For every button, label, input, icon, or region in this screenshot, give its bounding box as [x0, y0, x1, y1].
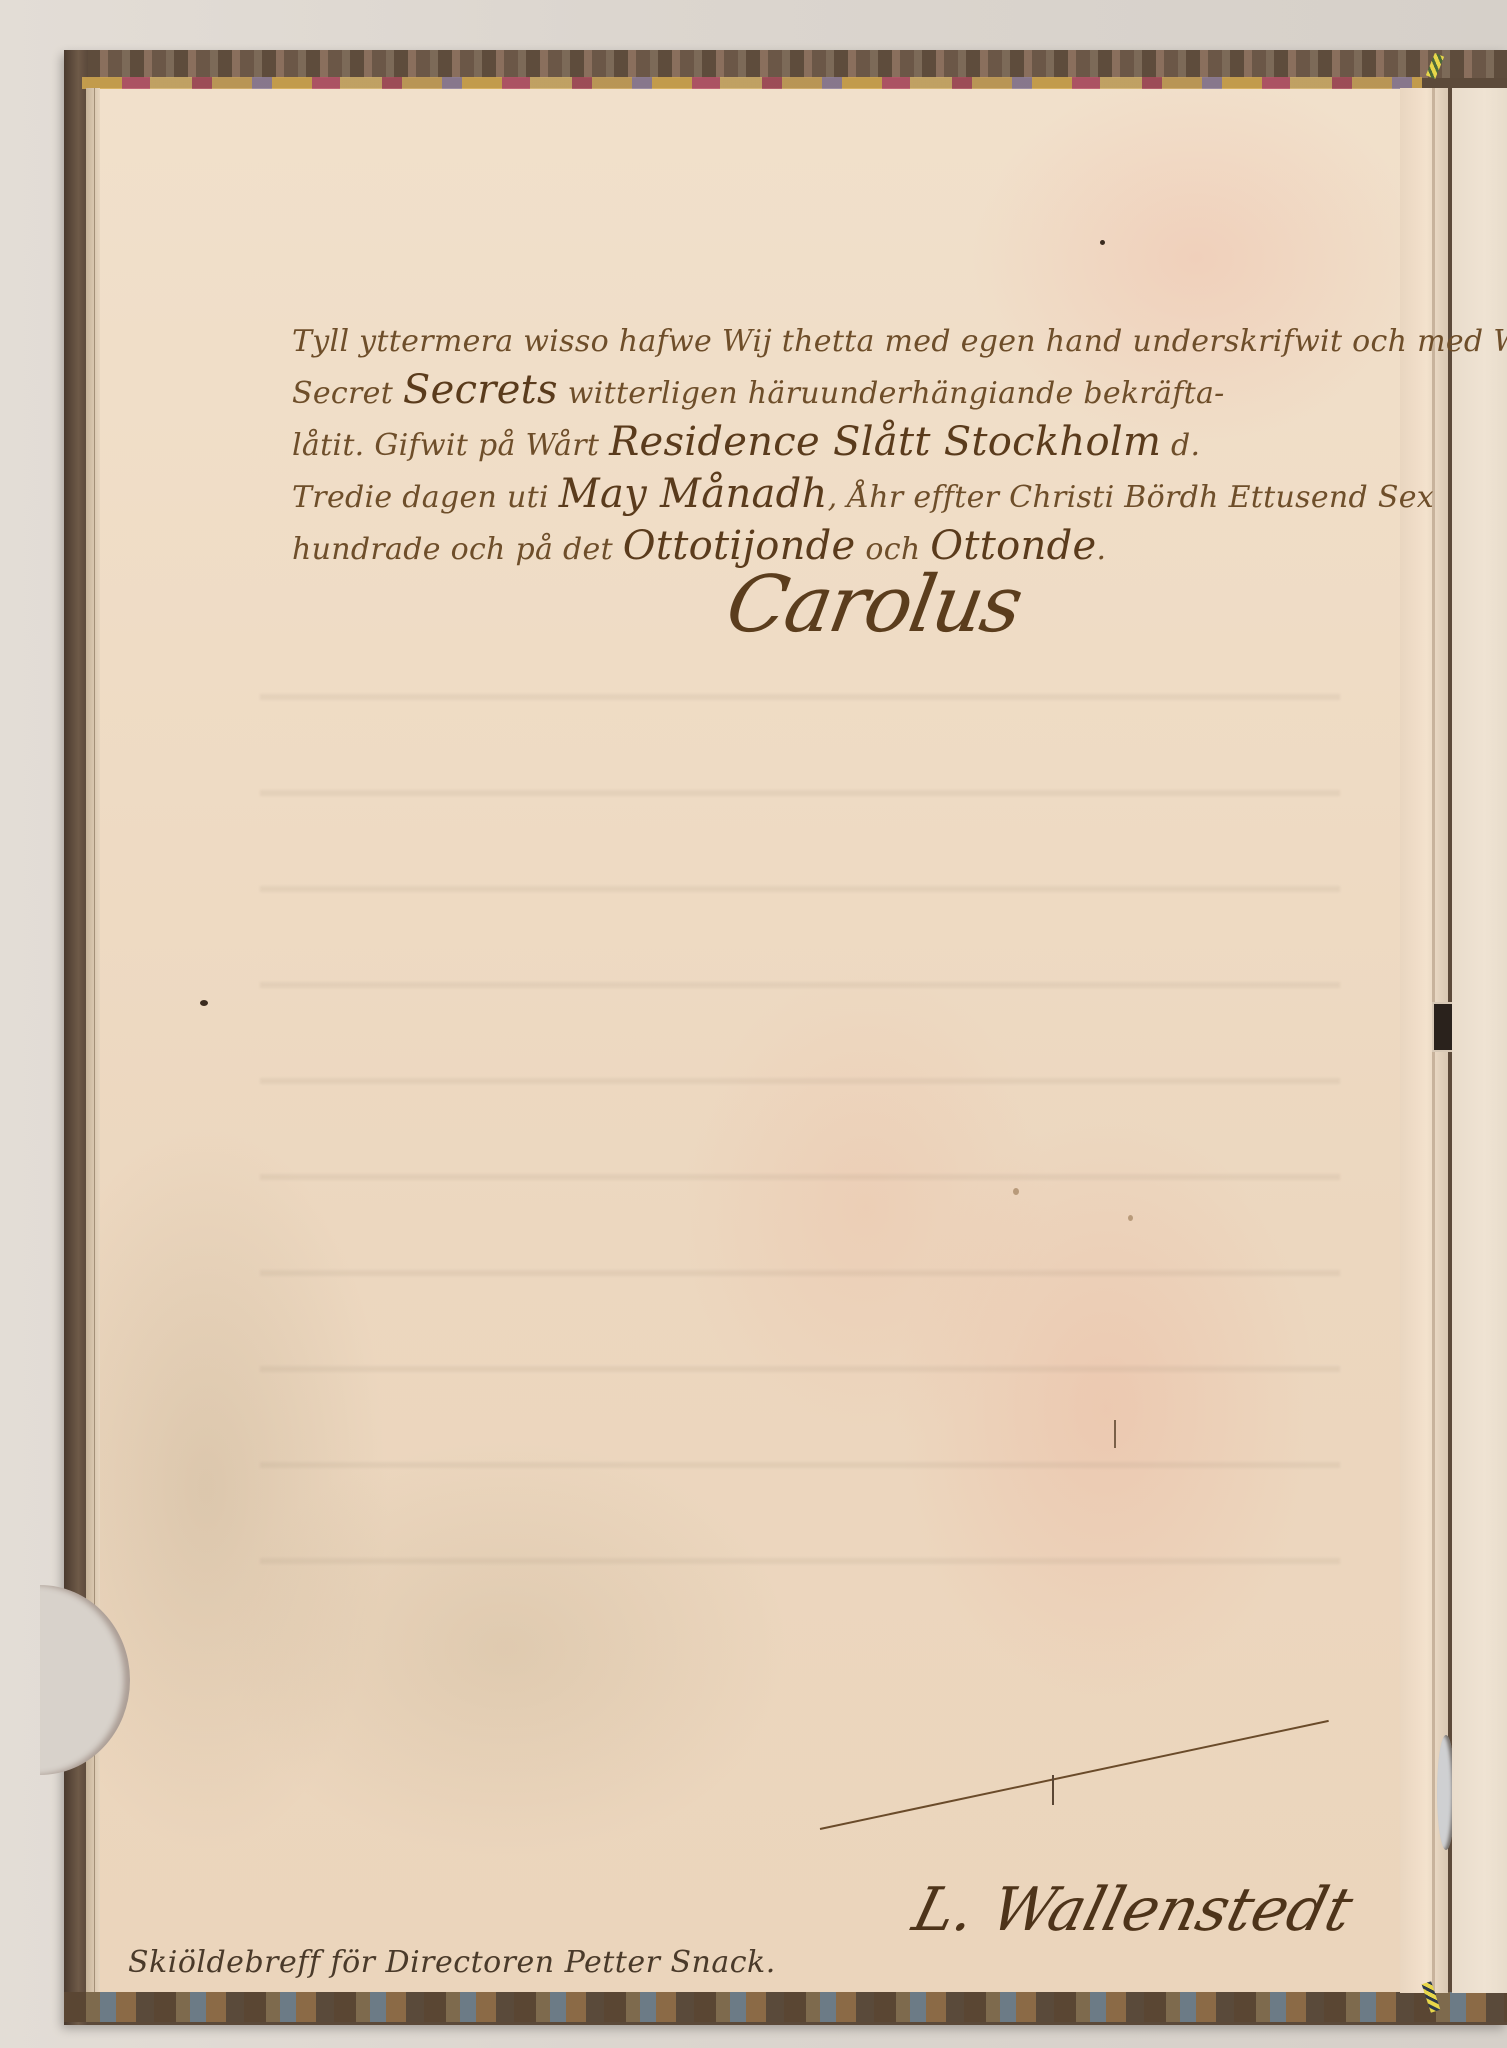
emphasized-term: Residence Slått Stockholm — [609, 419, 1161, 465]
facing-page-edge — [1452, 88, 1507, 1993]
paper-stain — [1013, 1188, 1019, 1195]
countersignature: L. Wallenstedt — [906, 1875, 1359, 1945]
body-line: låtit. Gifwit på Wårt Residence Slått St… — [292, 418, 1342, 470]
manuscript-body: Tyll yttermera wisso hafwe Wij thetta me… — [292, 318, 1342, 574]
emphasized-term: Secrets — [403, 367, 558, 413]
marbled-endpaper-strip — [82, 77, 1422, 89]
cover-bottom-edge — [64, 1992, 1507, 2022]
ink-spot — [200, 1000, 208, 1006]
body-line: Secret Secrets witterligen häruunderhäng… — [292, 366, 1342, 418]
royal-signature: Carolus — [720, 560, 1028, 650]
emphasized-term: May Månadh — [559, 471, 828, 517]
paper-stain — [1128, 1215, 1133, 1221]
ink-spot — [1100, 240, 1105, 245]
ink-stroke — [1052, 1775, 1054, 1805]
ink-stroke — [1114, 1420, 1116, 1448]
cover-top-edge — [64, 50, 1507, 78]
docket-note: Skiöldebreff för Directoren Petter Snack… — [128, 1945, 776, 1980]
ink-bleed-through — [260, 650, 1340, 1650]
body-line-prefix: Secret — [292, 376, 403, 411]
body-line: Tredie dagen uti May Månadh, Åhr effter … — [292, 470, 1342, 522]
body-line-rest: witterligen häruunderhängiande bekräfta- — [558, 376, 1225, 411]
body-line: Tyll yttermera wisso hafwe Wij thetta me… — [292, 318, 1342, 366]
